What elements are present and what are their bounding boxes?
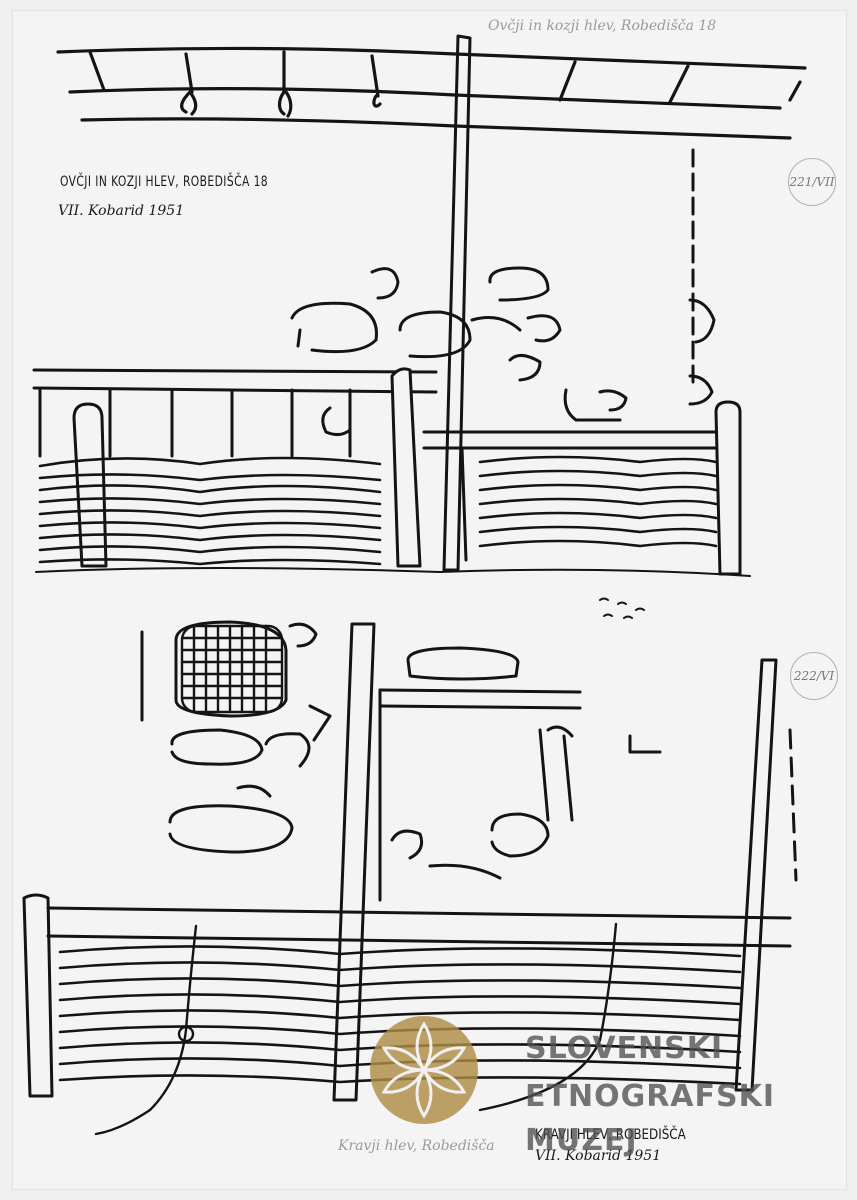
wattle-weave-upper-right [480,457,716,546]
window-grate [182,626,282,712]
inventory-stamp-upper: 221/VII [788,158,836,206]
watermark-line-1: SLOVENSKI [525,1034,723,1064]
museum-watermark: SLOVENSKI ETNOGRAFSKI MUZEJ [370,1012,820,1142]
upper-drawing-date: VII. Kobarid 1951 [58,203,184,219]
stone-wall-lower [142,622,796,880]
inventory-stamp-lower: 222/VI [790,652,838,700]
roof-beams [58,48,805,138]
upper-pencil-note: Ovčji in kozji hlev, Robedišča 18 [488,18,716,34]
watermark-line-3: MUZEJ [525,1126,638,1156]
six-petal-flower-icon [370,1016,478,1124]
upper-drawing-title: OVČJI IN KOZJI HLEV, ROBEDIŠČA 18 [60,174,268,190]
scan-background: OVČJI IN KOZJI HLEV, ROBEDIŠČA 18 VII. K… [0,0,857,1200]
grass-ground-upper [36,568,750,618]
watermark-line-2: ETNOGRAFSKI [525,1082,775,1112]
